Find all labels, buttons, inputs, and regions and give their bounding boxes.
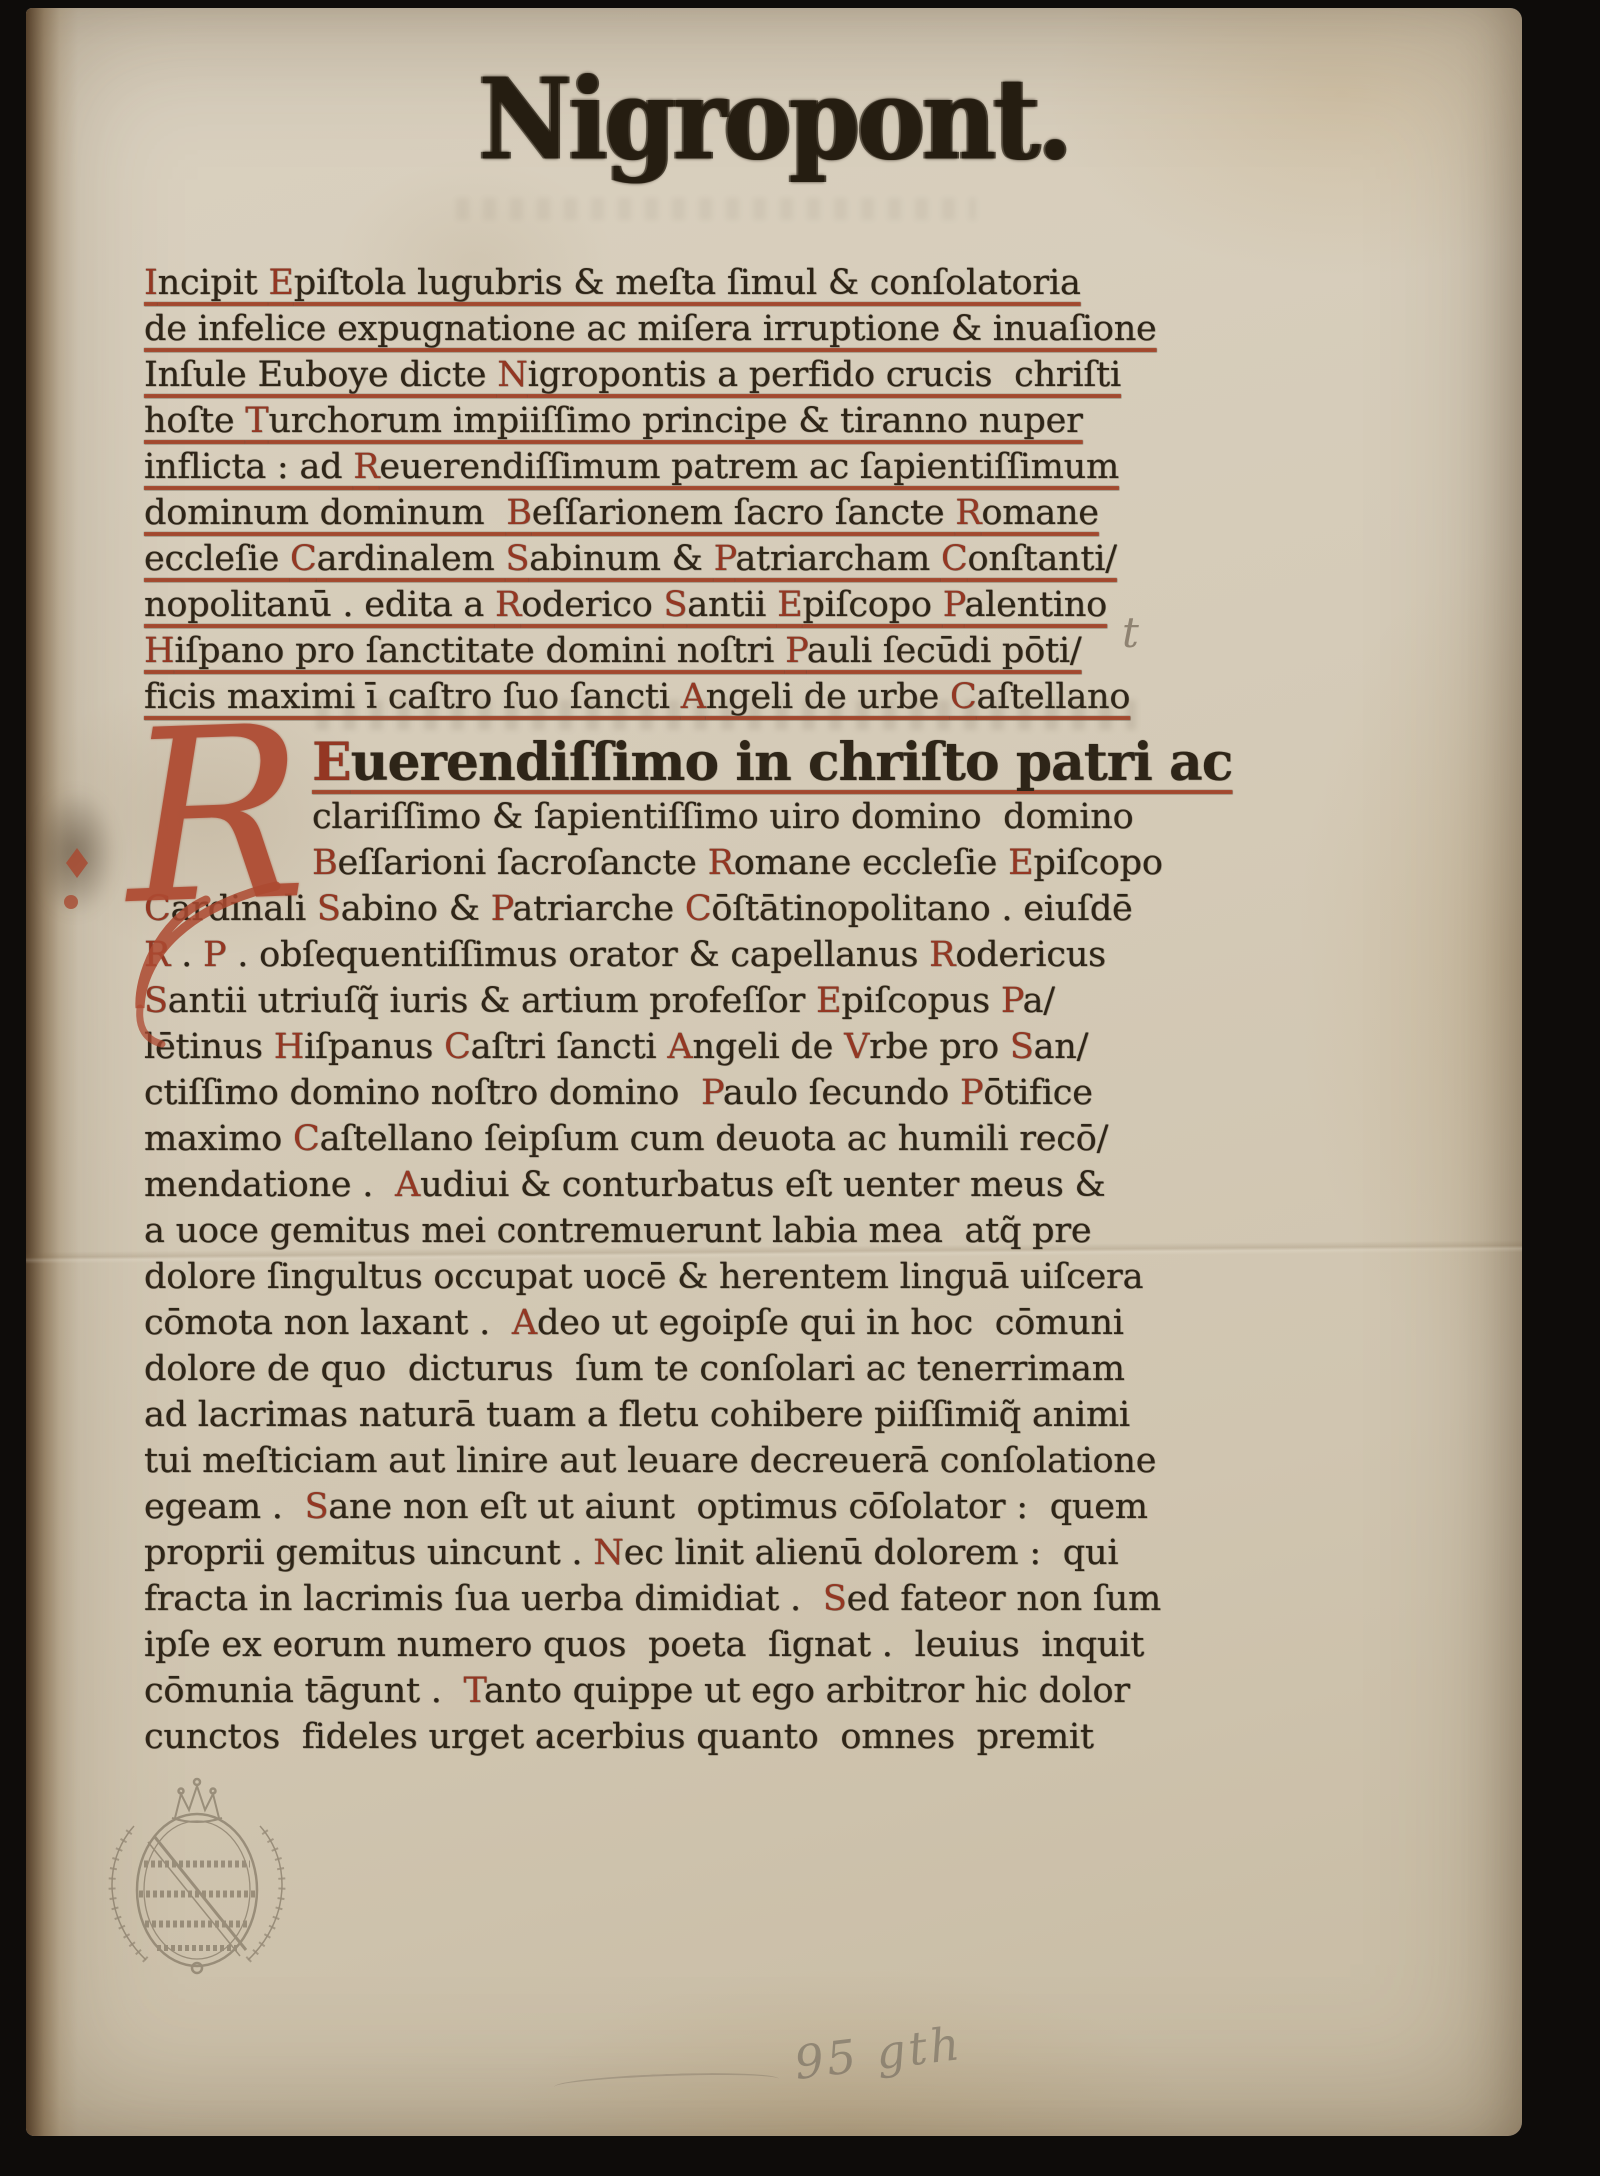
text-line: Beſſarioni ſacroſancte Romane eccleſie E… — [312, 840, 1134, 886]
text-line: ctiſſimo domino noſtro domino Paulo ſecu… — [144, 1070, 1134, 1116]
text-line: cōmota non laxant . Adeo ut egoipſe qui … — [144, 1300, 1134, 1346]
text-line: clariſſimo & ſapientiſſimo uiro domino d… — [312, 794, 1134, 840]
text-line: Incipit Epiſtola lugubris & meſta ſimul … — [144, 260, 1134, 306]
heading-line: Euerendiſſimo in chriſto patri ac — [312, 732, 1134, 794]
ink-showthrough — [456, 198, 976, 220]
marginal-dagger-mark: t — [1122, 608, 1139, 657]
text-line: ad lacrimas naturā tuam a fletu cohibere… — [144, 1392, 1134, 1438]
text-line: eccleſie Cardinalem Sabinum & Patriarcha… — [144, 536, 1134, 582]
page-title: Nigropont. — [26, 54, 1522, 186]
pencil-stroke — [554, 2070, 779, 2096]
text-line: inflicta : ad Reuerendiſſimum patrem ac … — [144, 444, 1134, 490]
text-line: nopolitanū . edita a Roderico Santii Epi… — [144, 582, 1134, 628]
text-line: Inſule Euboye dicte Nigropontis a perfid… — [144, 352, 1134, 398]
salutation-block: R Euerendiſſimo in chriſto patri acclari… — [312, 732, 1134, 886]
text-line: egeam . Sane non eſt ut aiunt optimus cō… — [144, 1484, 1134, 1530]
initial-swash-flourish-icon — [98, 880, 298, 1050]
text-line: fracta in lacrimis ſua uerba dimidiat . … — [144, 1576, 1134, 1622]
text-line: Hiſpano pro ſanctitate domini noſtri Pau… — [144, 628, 1134, 674]
pencil-inventory-note: 95 gth — [791, 2016, 965, 2090]
text-line: tui meſticiam aut linire aut leuare decr… — [144, 1438, 1134, 1484]
text-line: dolore ſingultus occupat uocē & herentem… — [144, 1254, 1134, 1300]
gutter-shadow — [26, 8, 78, 2136]
text-line: hoſte Turchorum impiiſſimo principe & ti… — [144, 398, 1134, 444]
text-line: dolore de quo dicturus ſum te conſolari … — [144, 1346, 1134, 1392]
incipit-paragraph: Incipit Epiſtola lugubris & meſta ſimul … — [144, 260, 1134, 720]
library-stamp-icon — [84, 1764, 310, 1980]
text-line: ipſe ex eorum numero quos poeta ſignat .… — [144, 1622, 1134, 1668]
text-line: cunctos fideles urget acerbius quanto om… — [144, 1714, 1134, 1760]
text-line: proprii gemitus uincunt . Nec linit alie… — [144, 1530, 1134, 1576]
letter-section: R Euerendiſſimo in chriſto patri acclari… — [144, 732, 1134, 1760]
text-line: dominum dominum Beſſarionem ſacro ſancte… — [144, 490, 1134, 536]
page: Nigropont. Incipit Epiſtola lugubris & m… — [26, 8, 1522, 2136]
text-line: a uoce gemitus mei contremuerunt labia m… — [144, 1208, 1134, 1254]
text-line: de infelice expugnatione ac miſera irrup… — [144, 306, 1134, 352]
text-line: maximo Caſtellano ſeipſum cum deuota ac … — [144, 1116, 1134, 1162]
text-line: mendatione . Audiui & conturbatus eſt ue… — [144, 1162, 1134, 1208]
red-paragraph-mark-icon — [60, 844, 94, 924]
scan-background: { "page": { "title": "Nigropont.", "colo… — [0, 0, 1600, 2176]
text-line: cōmunia tāgunt . Tanto quippe ut ego arb… — [144, 1668, 1134, 1714]
